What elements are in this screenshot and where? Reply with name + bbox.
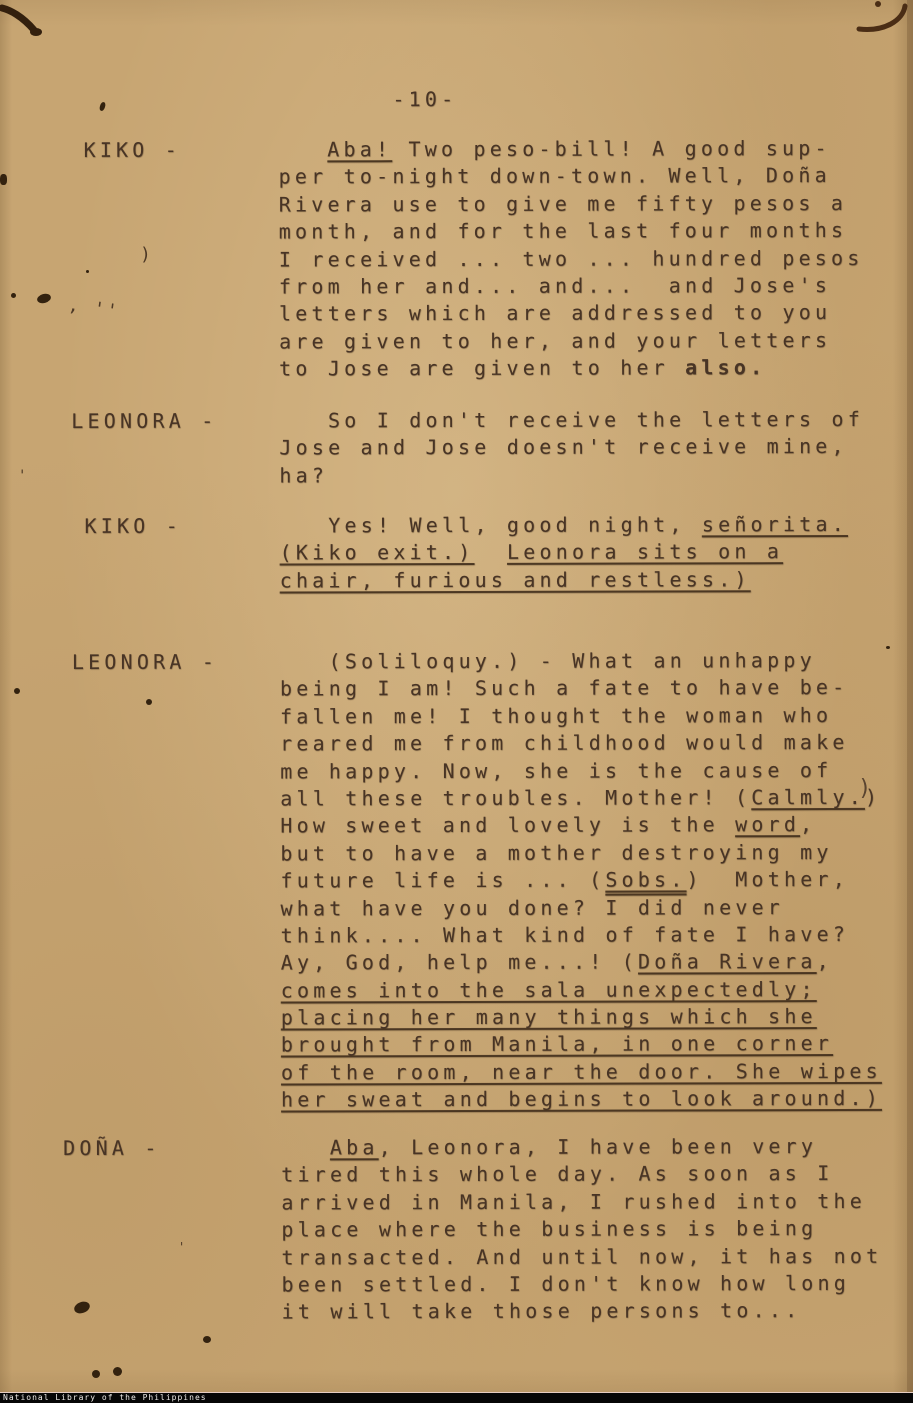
speaker-label: KIKO - — [85, 513, 183, 541]
dialogue-line: letters which are addressed to you — [279, 299, 894, 328]
dialogue-segment — [281, 1135, 330, 1159]
dialogue-line: her sweat and begins to look around.) — [281, 1085, 896, 1114]
dialogue-line: (Soliloquy.) - What an unhappy — [280, 647, 895, 676]
speech-block: LEONORA - So I don't receive the letters… — [0, 406, 912, 408]
dialogue-segment: ) Mother, — [686, 867, 848, 891]
dialogue-segment: letters which are addressed to you — [279, 300, 831, 325]
dialogue: Aba! Two peso-bill! A good sup-per to-ni… — [279, 135, 895, 383]
dialogue-segment: ha? — [279, 463, 328, 487]
dialogue-segment: , — [800, 812, 816, 836]
speaker-label: LEONORA - — [72, 649, 218, 677]
watermark-bar: National Library of the Philippines — [0, 1392, 913, 1403]
dialogue-line: from her and... and... and Jose's — [279, 272, 894, 301]
dialogue-segment: Calmly. — [751, 785, 865, 809]
dialogue-line: think.... What kind of fate I have? — [281, 921, 896, 950]
dialogue-line: brought from Manila, in one corner — [281, 1030, 896, 1059]
dialogue-segment: Rivera use to give me fifty pesos a — [279, 191, 847, 216]
dialogue-line: of the room, near the door. She wipes — [281, 1058, 896, 1087]
dialogue-segment — [279, 137, 328, 161]
dialogue-segment: from her and... and... and Jose's — [279, 273, 831, 298]
dialogue-segment: I did — [605, 895, 686, 919]
dialogue-line: place where the business is being — [281, 1215, 896, 1244]
dialogue-line: Ay, God, help me...! (Doña Rivera, — [281, 948, 896, 977]
typewritten-content: -10- KIKO - Aba! Two peso-bill! A good s… — [0, 0, 913, 1403]
dialogue-line: Aba, Leonora, I have been very — [281, 1133, 896, 1162]
dialogue-line: arrived in Manila, I rushed into the — [281, 1188, 896, 1217]
dialogue-segment: month, and for the last four months — [279, 218, 847, 243]
dialogue-segment: señorita. — [702, 512, 848, 536]
dialogue-segment: but to have a mother destroying my — [280, 840, 832, 865]
dialogue-segment: Jose and Jose doesn't receive mine, — [279, 434, 847, 459]
dialogue-line: I received ... two ... hundred pesos — [279, 244, 894, 273]
dialogue-line: chair, furious and restless.) — [280, 566, 895, 595]
dialogue-line: So I don't receive the letters of — [279, 406, 894, 435]
dialogue-segment: to Jose are given to her — [279, 356, 685, 381]
dialogue-segment: Aba! — [327, 137, 392, 161]
dialogue-line: fallen me! I thought the woman who — [280, 702, 895, 731]
dialogue-segment: been settled. I don't know how long — [281, 1271, 849, 1296]
dialogue-segment: reared me from childhood would make — [280, 730, 848, 755]
dialogue-segment: future life is ... ( — [280, 868, 605, 893]
dialogue-segment: never — [687, 895, 785, 919]
dialogue-segment: word — [735, 812, 800, 836]
dialogue-line: per to-night down-town. Well, Doña — [279, 162, 894, 191]
dialogue-segment: of the room, near the door. She wipes — [281, 1059, 882, 1085]
dialogue-segment: all these troubles. Mother! ( — [280, 785, 751, 810]
dialogue-line: comes into the sala unexpectedly; — [281, 976, 896, 1005]
dialogue-segment: Ay, God, help me...! ( — [281, 950, 638, 975]
dialogue-line: but to have a mother destroying my — [280, 839, 895, 868]
dialogue-line: month, and for the last four months — [279, 217, 894, 246]
dialogue-line: me happy. Now, she is the cause of — [280, 756, 895, 785]
dialogue-segment: what have you done? — [281, 895, 606, 920]
dialogue-segment: How sweet and lovely is the — [280, 813, 735, 838]
dialogue-segment: , — [817, 949, 833, 973]
dialogue-line: Jose and Jose doesn't receive mine, — [279, 433, 894, 462]
dialogue-segment: comes into the sala unexpectedly; — [281, 977, 817, 1002]
dialogue-line: placing her many things which she — [281, 1003, 896, 1032]
speech-block: DOÑA - Aba, Leonora, I have been verytir… — [1, 1133, 913, 1135]
speaker-label: KIKO - — [84, 137, 182, 165]
dialogue: (Soliloquy.) - What an unhappybeing I am… — [280, 647, 896, 1114]
dialogue-line: to Jose are given to her also. — [279, 354, 894, 383]
dialogue-segment: brought from Manila, in one corner — [281, 1031, 833, 1056]
speaker-label: LEONORA - — [71, 408, 217, 436]
dialogue-segment: Aba — [330, 1135, 379, 1159]
dialogue-segment: arrived in Manila, I rushed into the — [281, 1189, 866, 1215]
dialogue-line: being I am! Such a fate to have be- — [280, 674, 895, 703]
watermark-text: National Library of the Philippines — [3, 1393, 207, 1402]
dialogue-segment: think.... What kind of fate I have? — [281, 922, 849, 947]
dialogue-line: tired this whole day. As soon as I — [281, 1160, 896, 1189]
speech-block: LEONORA - (Soliloquy.) - What an unhappy… — [0, 647, 913, 649]
dialogue-line: transacted. And until now, it has not — [281, 1242, 896, 1271]
dialogue-line: been settled. I don't know how long — [281, 1270, 896, 1299]
dialogue-segment: (Soliloquy.) - What an unhappy — [280, 648, 816, 673]
dialogue-segment: So I don't receive the letters of — [279, 407, 864, 433]
dialogue-line: are given to her, and your letters — [279, 327, 894, 356]
dialogue: Aba, Leonora, I have been verytired this… — [281, 1133, 896, 1326]
dialogue-segment: Doña Rivera — [638, 949, 817, 973]
dialogue-line: ha? — [279, 461, 894, 490]
dialogue-segment: fallen me! I thought the woman who — [280, 703, 832, 728]
dialogue-line: all these troubles. Mother! (Calmly.) — [280, 784, 895, 813]
dialogue-segment: Yes! Well, good night, — [280, 512, 702, 537]
dialogue-segment: placing her many things which she — [281, 1004, 817, 1029]
dialogue-segment: Leonora sits on a — [507, 540, 783, 565]
dialogue-line: Yes! Well, good night, señorita. — [280, 511, 895, 540]
dialogue-segment: transacted. And until now, it has not — [281, 1243, 882, 1269]
dialogue-line: it will take those persons to... — [282, 1297, 897, 1326]
dialogue-segment: Sobs. — [605, 868, 686, 892]
dialogue-segment: , Leonora, I have been very — [379, 1134, 818, 1159]
speech-block: KIKO - Yes! Well, good night, señorita.(… — [0, 511, 913, 513]
dialogue-segment: (Kiko exit.) — [280, 540, 475, 565]
speaker-label: DOÑA - — [63, 1135, 161, 1163]
dialogue-segment: it will take those persons to... — [282, 1298, 802, 1323]
dialogue-segment: being I am! Such a fate to have be- — [280, 675, 848, 700]
dialogue-segment: her sweat and begins to look around.) — [281, 1086, 882, 1112]
dialogue-segment: tired this whole day. As soon as I — [281, 1161, 833, 1186]
dialogue-segment: per to-night down-town. Well, Doña — [279, 163, 831, 188]
dialogue-line: Aba! Two peso-bill! A good sup- — [279, 135, 894, 164]
scanned-script-page: { "page": { "number": "-10-" }, "waterma… — [0, 0, 913, 1403]
dialogue-line: (Kiko exit.) Leonora sits on a — [280, 538, 895, 567]
dialogue: Yes! Well, good night, señorita.(Kiko ex… — [280, 511, 895, 595]
dialogue-line: Rivera use to give me fifty pesos a — [279, 190, 894, 219]
dialogue-segment: place where the business is being — [281, 1216, 817, 1241]
dialogue-line: reared me from childhood would make — [280, 729, 895, 758]
page-number: -10- — [392, 86, 457, 114]
dialogue-segment: chair, furious and restless.) — [280, 567, 751, 592]
script-area: KIKO - Aba! Two peso-bill! A good sup-pe… — [0, 0, 911, 1]
dialogue-segment: also. — [685, 355, 766, 379]
speech-block: KIKO - Aba! Two peso-bill! A good sup-pe… — [0, 135, 912, 137]
dialogue-segment: me happy. Now, she is the cause of — [280, 758, 832, 783]
dialogue-segment: I received ... two ... hundred pesos — [279, 245, 864, 271]
dialogue-line: How sweet and lovely is the word, — [280, 811, 895, 840]
dialogue-segment: are given to her, and your letters — [279, 328, 831, 353]
dialogue-line: what have you done? I did never — [281, 893, 896, 922]
dialogue-segment: Two peso-bill! A good sup- — [392, 136, 831, 161]
dialogue-line: future life is ... (Sobs.) Mother, — [280, 866, 895, 895]
dialogue-segment — [474, 540, 507, 564]
dialogue: So I don't receive the letters ofJose an… — [279, 406, 894, 490]
dialogue-segment: ) — [865, 785, 881, 809]
